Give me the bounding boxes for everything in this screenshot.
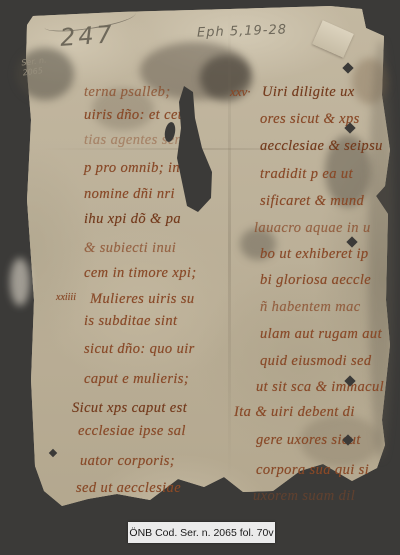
text-line: bi gloriosa aeccle <box>260 272 371 289</box>
text-line: caput e mulieris; <box>84 371 189 388</box>
text-line: bo ut exhiberet ip <box>260 246 369 263</box>
stain <box>10 258 30 306</box>
text-line: sicut dño: quo uir <box>84 341 195 358</box>
text-line: p pro omnib; in <box>84 160 180 177</box>
text-line: quid eiusmodi sed <box>260 353 372 370</box>
text-line: uxorem suam dil <box>253 488 355 505</box>
text-line: cem in timore xpi; <box>84 265 197 282</box>
caption-label: ÖNB Cod. Ser. n. 2065 fol. 70v <box>128 522 275 543</box>
text-line: ulam aut rugam aut <box>260 326 382 343</box>
digitized-manuscript-photo: 247 Eph 5,19-28 Ser. n. 2065 xxiiii tern… <box>0 0 400 555</box>
text-line: ores sicut & xps <box>260 111 360 128</box>
chapter-numeral-right: xxv· <box>230 84 251 100</box>
text-line: tradidit p ea ut <box>260 166 353 183</box>
text-line: ecclesiae ipse sal <box>78 423 186 440</box>
text-line: corpora sua qui si <box>256 462 369 479</box>
text-line: ñ habentem mac <box>260 299 361 316</box>
text-line: sed ut aecclesiae <box>76 480 181 497</box>
text-line: Ita & uiri debent di <box>234 404 355 421</box>
text-line: sificaret & mund <box>260 193 364 210</box>
text-line: tias agentes semp <box>84 132 193 149</box>
text-line: Mulieres uiris su <box>90 291 195 308</box>
pencil-folio-number: 247 <box>59 20 116 52</box>
text-line: Uiri diligite ux <box>262 84 355 101</box>
text-line: lauacro aquae in u <box>254 220 371 237</box>
pencil-bible-reference: Eph 5,19-28 <box>197 22 287 40</box>
text-line: nomine dñi nri <box>84 186 175 203</box>
chapter-numeral-left: xxiiii <box>56 292 76 303</box>
text-line: terna psalleb; <box>84 84 171 101</box>
caption-text: ÖNB Cod. Ser. n. 2065 fol. 70v <box>129 527 273 539</box>
text-line: aecclesiae & seipsu <box>260 138 383 155</box>
text-line: ut sit sca & immacul <box>256 379 384 396</box>
text-line: & subiecti inui <box>84 240 176 257</box>
text-line: Sicut xps caput est <box>72 400 187 417</box>
text-line: ihu xpi dõ & pa <box>84 211 181 228</box>
text-line: uator corporis; <box>80 453 175 470</box>
text-line: is subditae sint <box>84 313 177 330</box>
pencil-shelfmark: Ser. n. 2065 <box>21 56 49 79</box>
